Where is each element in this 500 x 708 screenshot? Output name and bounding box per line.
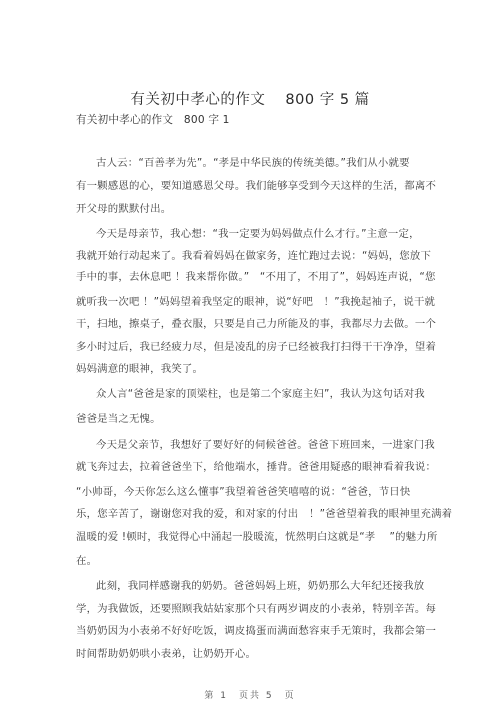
paragraph-line: 学，为我做饭，还要照顾我姑姑家那个只有两岁调皮的小表弟，特别辛苦。每 (76, 600, 436, 615)
paragraph-line: 干，扫地，擦桌子，叠衣服，只要是自己力所能及的事，我都尽力去做。一个 (76, 315, 436, 330)
paragraph-line: 爸爸是当之无愧。 (76, 410, 161, 425)
document-title: 有关初中孝心的作文 800 字 5 篇 (0, 88, 500, 109)
paragraph-line: 古人云：“百善孝为先”。“孝是中华民族的传统美德。”我们从小就要 (96, 154, 410, 169)
paragraph-line: 妈妈满意的眼神，我笑了。 (76, 360, 203, 375)
section-heading-1: 有关初中孝心的作文 800 字 1 (76, 112, 230, 127)
paragraph-line: 就飞奔过去，拉着爸爸坐下，给他端水，捶背。爸爸用疑惑的眼神看着我说： (76, 458, 436, 473)
paragraph-line: 此刻，我同样感谢我的奶奶。爸爸妈妈上班，奶奶那么大年纪还接我放 (96, 577, 424, 592)
paragraph-line: 开父母的默默付出。 (76, 200, 171, 215)
paragraph-line: 多小时过后，我已经疲力尽，但是凌乱的房子已经被我打扫得干干净净，望着 (76, 338, 436, 353)
paragraph-line: 温暖的爱 !顿时，我觉得心中涌起一股暖流，恍然明白这就是“孝 ”的魅力所 (76, 528, 437, 543)
paragraph-line: 就听我一次吧 ！”妈妈望着我坚定的眼神，说“好吧 ！”我挽起袖子，说干就 (76, 293, 435, 308)
paragraph-line: 今天是父亲节，我想好了要好好的伺候爸爸。爸爸下班回来，一进家门我 (96, 436, 435, 451)
paragraph-line: 手中的事，去休息吧 ！我来帮你做。” “不用了，不用了”，妈妈连声说，“您 (76, 268, 436, 283)
page-number-footer: 第 1 页共 5 页 (0, 688, 500, 701)
paragraph-line: “小帅哥，今天你怎么这么懂事”我望着爸爸笑嘻嘻的说：“爸爸，节日快 (76, 483, 410, 498)
paragraph-line: 时间帮助奶奶哄小表弟，让奶奶开心。 (76, 645, 256, 660)
paragraph-line: 在。 (76, 552, 97, 567)
paragraph-line: 我就开始行动起来了。我看着妈妈在做家务，连忙跑过去说：“妈妈，您放下 (76, 247, 431, 262)
paragraph-line: 当奶奶因为小表弟不好好吃饭，调皮捣蛋而满面愁容束手无策时，我都会第一 (76, 622, 436, 637)
paragraph-line: 今天是母亲节，我心想：“我一定要为妈妈做点什么才行。”主意一定， (96, 225, 420, 240)
document-page: 有关初中孝心的作文 800 字 5 篇 有关初中孝心的作文 800 字 1 古人… (0, 0, 500, 708)
paragraph-line: 有一颗感恩的心，要知道感恩父母。我们能够享受到今天这样的生活，都离不 (76, 177, 436, 192)
paragraph-line: 乐，您辛苦了，谢谢您对我的爱，和对家的付出 ！”爸爸望着我的眼神里充满着 (76, 505, 452, 520)
paragraph-line: 众人言“爸爸是家的顶梁柱，也是第二个家庭主妇”，我认为这句话对我 (96, 385, 425, 400)
